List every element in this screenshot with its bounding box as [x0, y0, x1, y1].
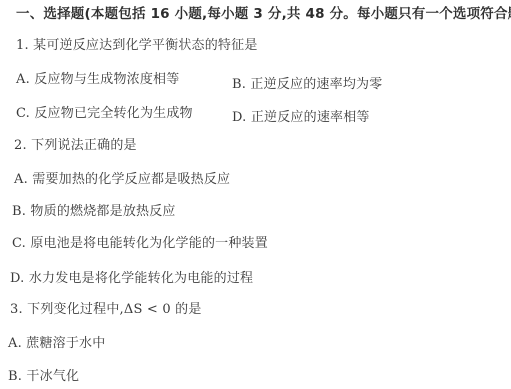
question-1-option-a: A. 反应物与生成物浓度相等 [16, 72, 179, 88]
question-2-option-d: D. 水力发电是将化学能转化为电能的过程 [10, 271, 253, 287]
question-2-stem: 2. 下列说法正确的是 [14, 138, 137, 154]
question-2-option-a: A. 需要加热的化学反应都是吸热反应 [14, 172, 230, 188]
question-3-option-a: A. 蔗糖溶于水中 [8, 336, 105, 352]
question-3-stem: 3. 下列变化过程中,ΔS < 0 的是 [10, 302, 202, 318]
question-1-stem: 1. 某可逆反应达到化学平衡状态的特征是 [16, 38, 258, 54]
question-1-option-d: D. 正逆反应的速率相等 [232, 110, 370, 126]
section-title: 一、选择题(本题包括 16 小题,每小题 3 分,共 48 分。每小题只有一个选… [16, 6, 511, 22]
question-1-option-b: B. 正逆反应的速率均为零 [232, 77, 382, 93]
question-2-option-c: C. 原电池是将电能转化为化学能的一种装置 [12, 236, 268, 252]
question-3-option-b: B. 干冰气化 [8, 369, 79, 385]
question-1-option-c: C. 反应物已完全转化为生成物 [16, 106, 193, 122]
question-2-option-b: B. 物质的燃烧都是放热反应 [12, 204, 176, 220]
